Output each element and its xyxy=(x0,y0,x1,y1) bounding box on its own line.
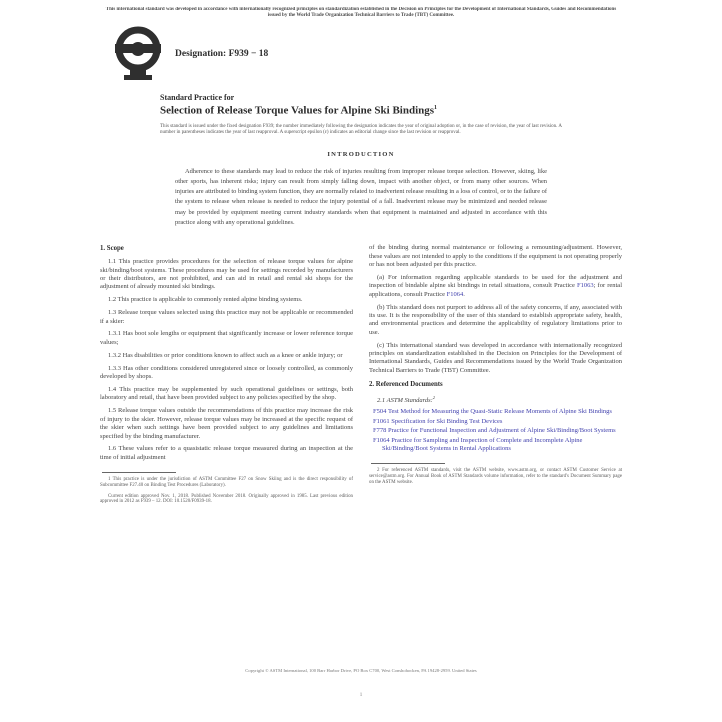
paragraph-1-2: 1.2 This practice is applicable to commo… xyxy=(100,296,353,304)
designation-label: Designation: xyxy=(175,49,226,59)
page-number: 1 xyxy=(0,692,722,698)
paragraph-1-1: 1.1 This practice provides procedures fo… xyxy=(100,258,353,292)
footnote-edition: Current edition approved Nov. 1, 2018. P… xyxy=(100,494,353,506)
referenced-documents-heading: 2. Referenced Documents xyxy=(369,380,622,389)
astm-standards-subheading: 2.1 ASTM Standards:2 xyxy=(369,394,622,406)
title-kicker: Standard Practice for xyxy=(160,93,562,102)
designation: Designation: F939 − 18 xyxy=(175,49,268,59)
right-column: of the binding during normal maintenance… xyxy=(369,244,622,510)
document-page: This international standard was develope… xyxy=(0,0,722,722)
designation-code: F939 − 18 xyxy=(229,49,269,59)
paragraph-wto-tbt: (c) This international standard was deve… xyxy=(369,342,622,376)
page-footer: Copyright © ASTM International, 100 Barr… xyxy=(100,668,622,674)
footnote-2: 2 For referenced ASTM standards, visit t… xyxy=(369,468,622,486)
paragraph-safety-caveat: (b) This standard does not purport to ad… xyxy=(369,304,622,338)
ref-link-f778[interactable]: F778 Practice for Functional Inspection … xyxy=(369,427,622,435)
footnote-separator xyxy=(102,472,176,473)
two-column-body: 1. Scope 1.1 This practice provides proc… xyxy=(100,244,622,510)
paragraph-1-6: 1.6 These values refer to a quasistatic … xyxy=(100,445,353,462)
copyright-line: Copyright © ASTM International, 100 Barr… xyxy=(100,668,622,674)
scope-heading: 1. Scope xyxy=(100,244,353,253)
ref-link-f504[interactable]: F504 Test Method for Measuring the Quasi… xyxy=(369,408,622,416)
inline-ref-link-f1063[interactable]: F1063 xyxy=(577,282,594,289)
title-footnote-marker: 1 xyxy=(434,105,437,111)
issued-under-note: This standard is issued under the fixed … xyxy=(160,124,562,137)
paragraph-1-4: 1.4 This practice may be supplemented by… xyxy=(100,386,353,403)
introduction-heading: INTRODUCTION xyxy=(100,151,622,158)
left-column: 1. Scope 1.1 This practice provides proc… xyxy=(100,244,353,510)
footnote-separator xyxy=(371,463,445,464)
standards-footnote-marker: 2 xyxy=(433,395,435,400)
title-block: Standard Practice for Selection of Relea… xyxy=(160,93,562,136)
paragraph-1-3-2: 1.3.2 Has disabilities or prior conditio… xyxy=(100,352,353,360)
ref-link-f1061[interactable]: F1061 Specification for Ski Binding Test… xyxy=(369,418,622,426)
document-title: Selection of Release Torque Values for A… xyxy=(160,102,562,118)
paragraph-retail-rental: (a) For information regarding applicable… xyxy=(369,274,622,299)
masthead: Designation: F939 − 18 xyxy=(100,25,622,83)
wto-tbt-top-note: This international standard was develope… xyxy=(100,7,622,19)
ref-link-f1064[interactable]: F1064 Practice for Sampling and Inspecti… xyxy=(369,437,622,454)
paragraph-1-3-3: 1.3.3 Has other conditions considered un… xyxy=(100,365,353,382)
footnote-1: 1 This practice is under the jurisdictio… xyxy=(100,477,353,489)
inline-ref-link-f1064[interactable]: F1064 xyxy=(447,291,464,298)
paragraph-1-3-1: 1.3.1 Has boot sole lengths or equipment… xyxy=(100,330,353,347)
introduction-paragraph: Adherence to these standards may lead to… xyxy=(175,167,547,228)
astm-logo-icon xyxy=(113,26,163,82)
paragraph-1-3: 1.3 Release torque values selected using… xyxy=(100,309,353,326)
paragraph-continuation: of the binding during normal maintenance… xyxy=(369,244,622,269)
paragraph-1-5: 1.5 Release torque values outside the re… xyxy=(100,407,353,441)
